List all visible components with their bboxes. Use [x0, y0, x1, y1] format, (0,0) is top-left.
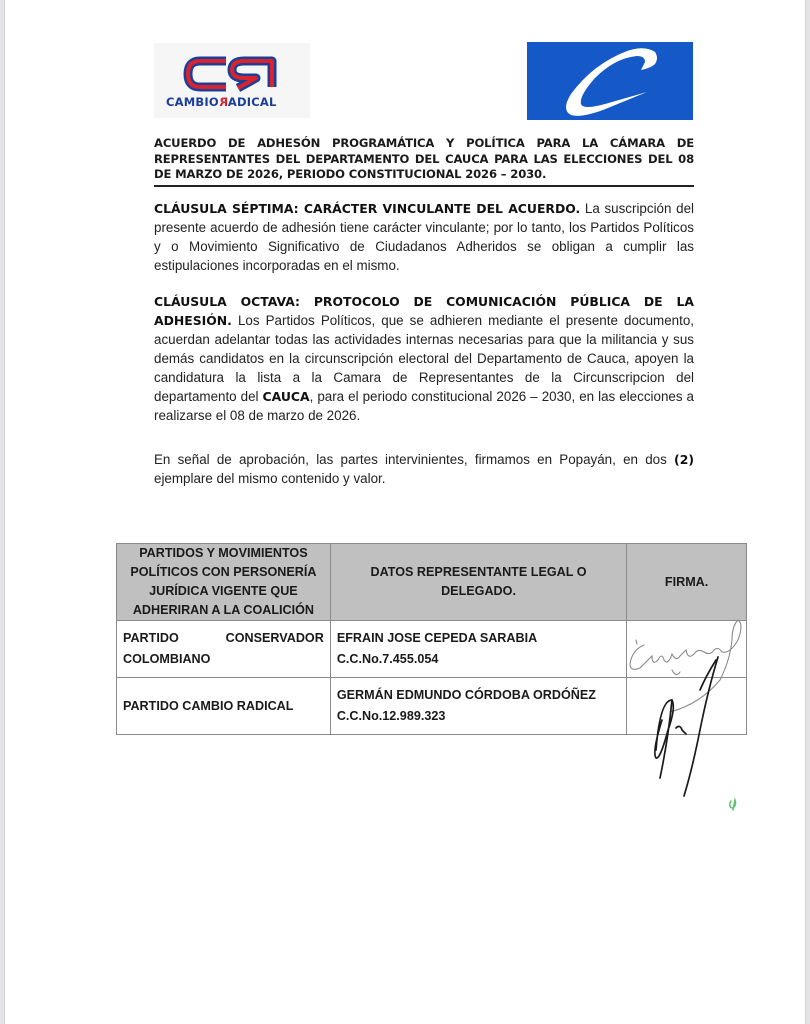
table-header-row: PARTIDOS Y MOVIMIENTOS POLÍTICOS CON PER… [117, 544, 747, 621]
closing-bold-count: (2) [674, 452, 694, 467]
closing-paragraph: En señal de aprobación, las partes inter… [154, 450, 694, 488]
green-mark [730, 800, 736, 810]
closing-text-part2: ejemplare del mismo contenido y valor. [154, 471, 385, 486]
party-name-word: CONSERVADOR [226, 628, 324, 649]
clause-octava-bold-cauca: CAUCA [263, 389, 310, 404]
closing-text-part1: En señal de aprobación, las partes inter… [154, 452, 674, 467]
page-edge-left [0, 0, 5, 1024]
table-row: PARTIDOCONSERVADOR COLOMBIANO EFRAIN JOS… [117, 621, 747, 678]
signature-cell [627, 621, 747, 678]
representative-cell: EFRAIN JOSE CEPEDA SARABIA C.C.No.7.455.… [330, 621, 626, 678]
document-title: ACUERDO DE ADHESÓN PROGRAMÁTICA Y POLÍTI… [154, 136, 694, 183]
header-signature: FIRMA. [627, 544, 747, 621]
clause-octava: CLÁUSULA OCTAVA: PROTOCOLO DE COMUNICACI… [154, 292, 694, 425]
partido-conservador-logo [527, 42, 693, 120]
representative-cell: GERMÁN EDMUNDO CÓRDOBA ORDÓÑEZ C.C.No.12… [330, 678, 626, 735]
party-name-word: PARTIDO [123, 628, 179, 649]
cr-monogram-icon [182, 55, 282, 95]
cambio-radical-logo: CAMBIORADICAL [154, 43, 310, 118]
table-row: PARTIDO CAMBIO RADICAL GERMÁN EDMUNDO CÓ… [117, 678, 747, 735]
party-name-line2: COLOMBIANO [123, 649, 324, 670]
cambio-radical-wordmark: CAMBIORADICAL [166, 95, 306, 109]
title-underline [154, 185, 694, 187]
header-parties: PARTIDOS Y MOVIMIENTOS POLÍTICOS CON PER… [117, 544, 331, 621]
representative-name: EFRAIN JOSE CEPEDA SARABIA [337, 628, 620, 649]
signature-table: PARTIDOS Y MOVIMIENTOS POLÍTICOS CON PER… [116, 543, 747, 735]
representative-name: GERMÁN EDMUNDO CÓRDOBA ORDÓÑEZ [337, 685, 620, 706]
clause-septima-heading: CLÁUSULA SÉPTIMA: CARÁCTER VINCULANTE DE… [154, 201, 580, 216]
representative-id: C.C.No.7.455.054 [337, 649, 620, 670]
clause-septima: CLÁUSULA SÉPTIMA: CARÁCTER VINCULANTE DE… [154, 199, 694, 275]
party-cell: PARTIDOCONSERVADOR COLOMBIANO [117, 621, 331, 678]
signature-cell [627, 678, 747, 735]
conservador-c-icon [527, 42, 693, 120]
page-edge-right [805, 0, 810, 1024]
party-cell: PARTIDO CAMBIO RADICAL [117, 678, 331, 735]
representative-id: C.C.No.12.989.323 [337, 706, 620, 727]
header-representative: DATOS REPRESENTANTE LEGAL O DELEGADO. [330, 544, 626, 621]
